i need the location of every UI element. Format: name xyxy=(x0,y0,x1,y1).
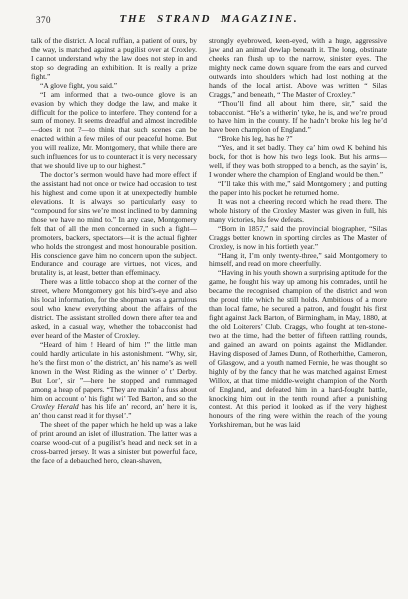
page-number: 370 xyxy=(36,15,51,25)
paragraph: It was not a cheering record which he re… xyxy=(209,198,387,225)
magazine-title: THE STRAND MAGAZINE. xyxy=(31,13,387,25)
paragraph: “Heard of him ! Heard of him !” the litt… xyxy=(31,341,197,421)
newspaper-name: Croxley Herald xyxy=(31,402,79,411)
paragraph: “Having in his youth shown a surprising … xyxy=(209,269,387,430)
paragraph: “I am informed that a two-ounce glove is… xyxy=(31,91,197,171)
paragraph: strongly eyebrowed, keen-eyed, with a hu… xyxy=(209,37,387,100)
paragraph: The doctor’s sermon would have had more … xyxy=(31,171,197,278)
paragraph-text: “Heard of him ! Heard of him !” the litt… xyxy=(31,340,197,403)
paragraph: “Born in 1857,” said the provincial biog… xyxy=(209,225,387,252)
right-column: strongly eyebrowed, keen-eyed, with a hu… xyxy=(209,37,387,466)
paragraph: “Hang it, I’m only twenty-three,” said M… xyxy=(209,252,387,270)
left-column: talk of the district. A local ruffian, a… xyxy=(31,37,197,466)
magazine-page: 370 THE STRAND MAGAZINE. talk of the dis… xyxy=(0,0,408,599)
paragraph: The sheet of the paper which he held up … xyxy=(31,421,197,466)
article-columns: talk of the district. A local ruffian, a… xyxy=(31,37,387,466)
paragraph: “Thou’ll find all about him there, sir,”… xyxy=(209,100,387,136)
page-header: 370 THE STRAND MAGAZINE. xyxy=(31,13,387,28)
paragraph: “Yes, and it set badly. They ca’ him owd… xyxy=(209,144,387,180)
paragraph: There was a little tobacco shop at the c… xyxy=(31,278,197,341)
paragraph: “I’ll take this with me,” said Montgomer… xyxy=(209,180,387,198)
paragraph: talk of the district. A local ruffian, a… xyxy=(31,37,197,82)
